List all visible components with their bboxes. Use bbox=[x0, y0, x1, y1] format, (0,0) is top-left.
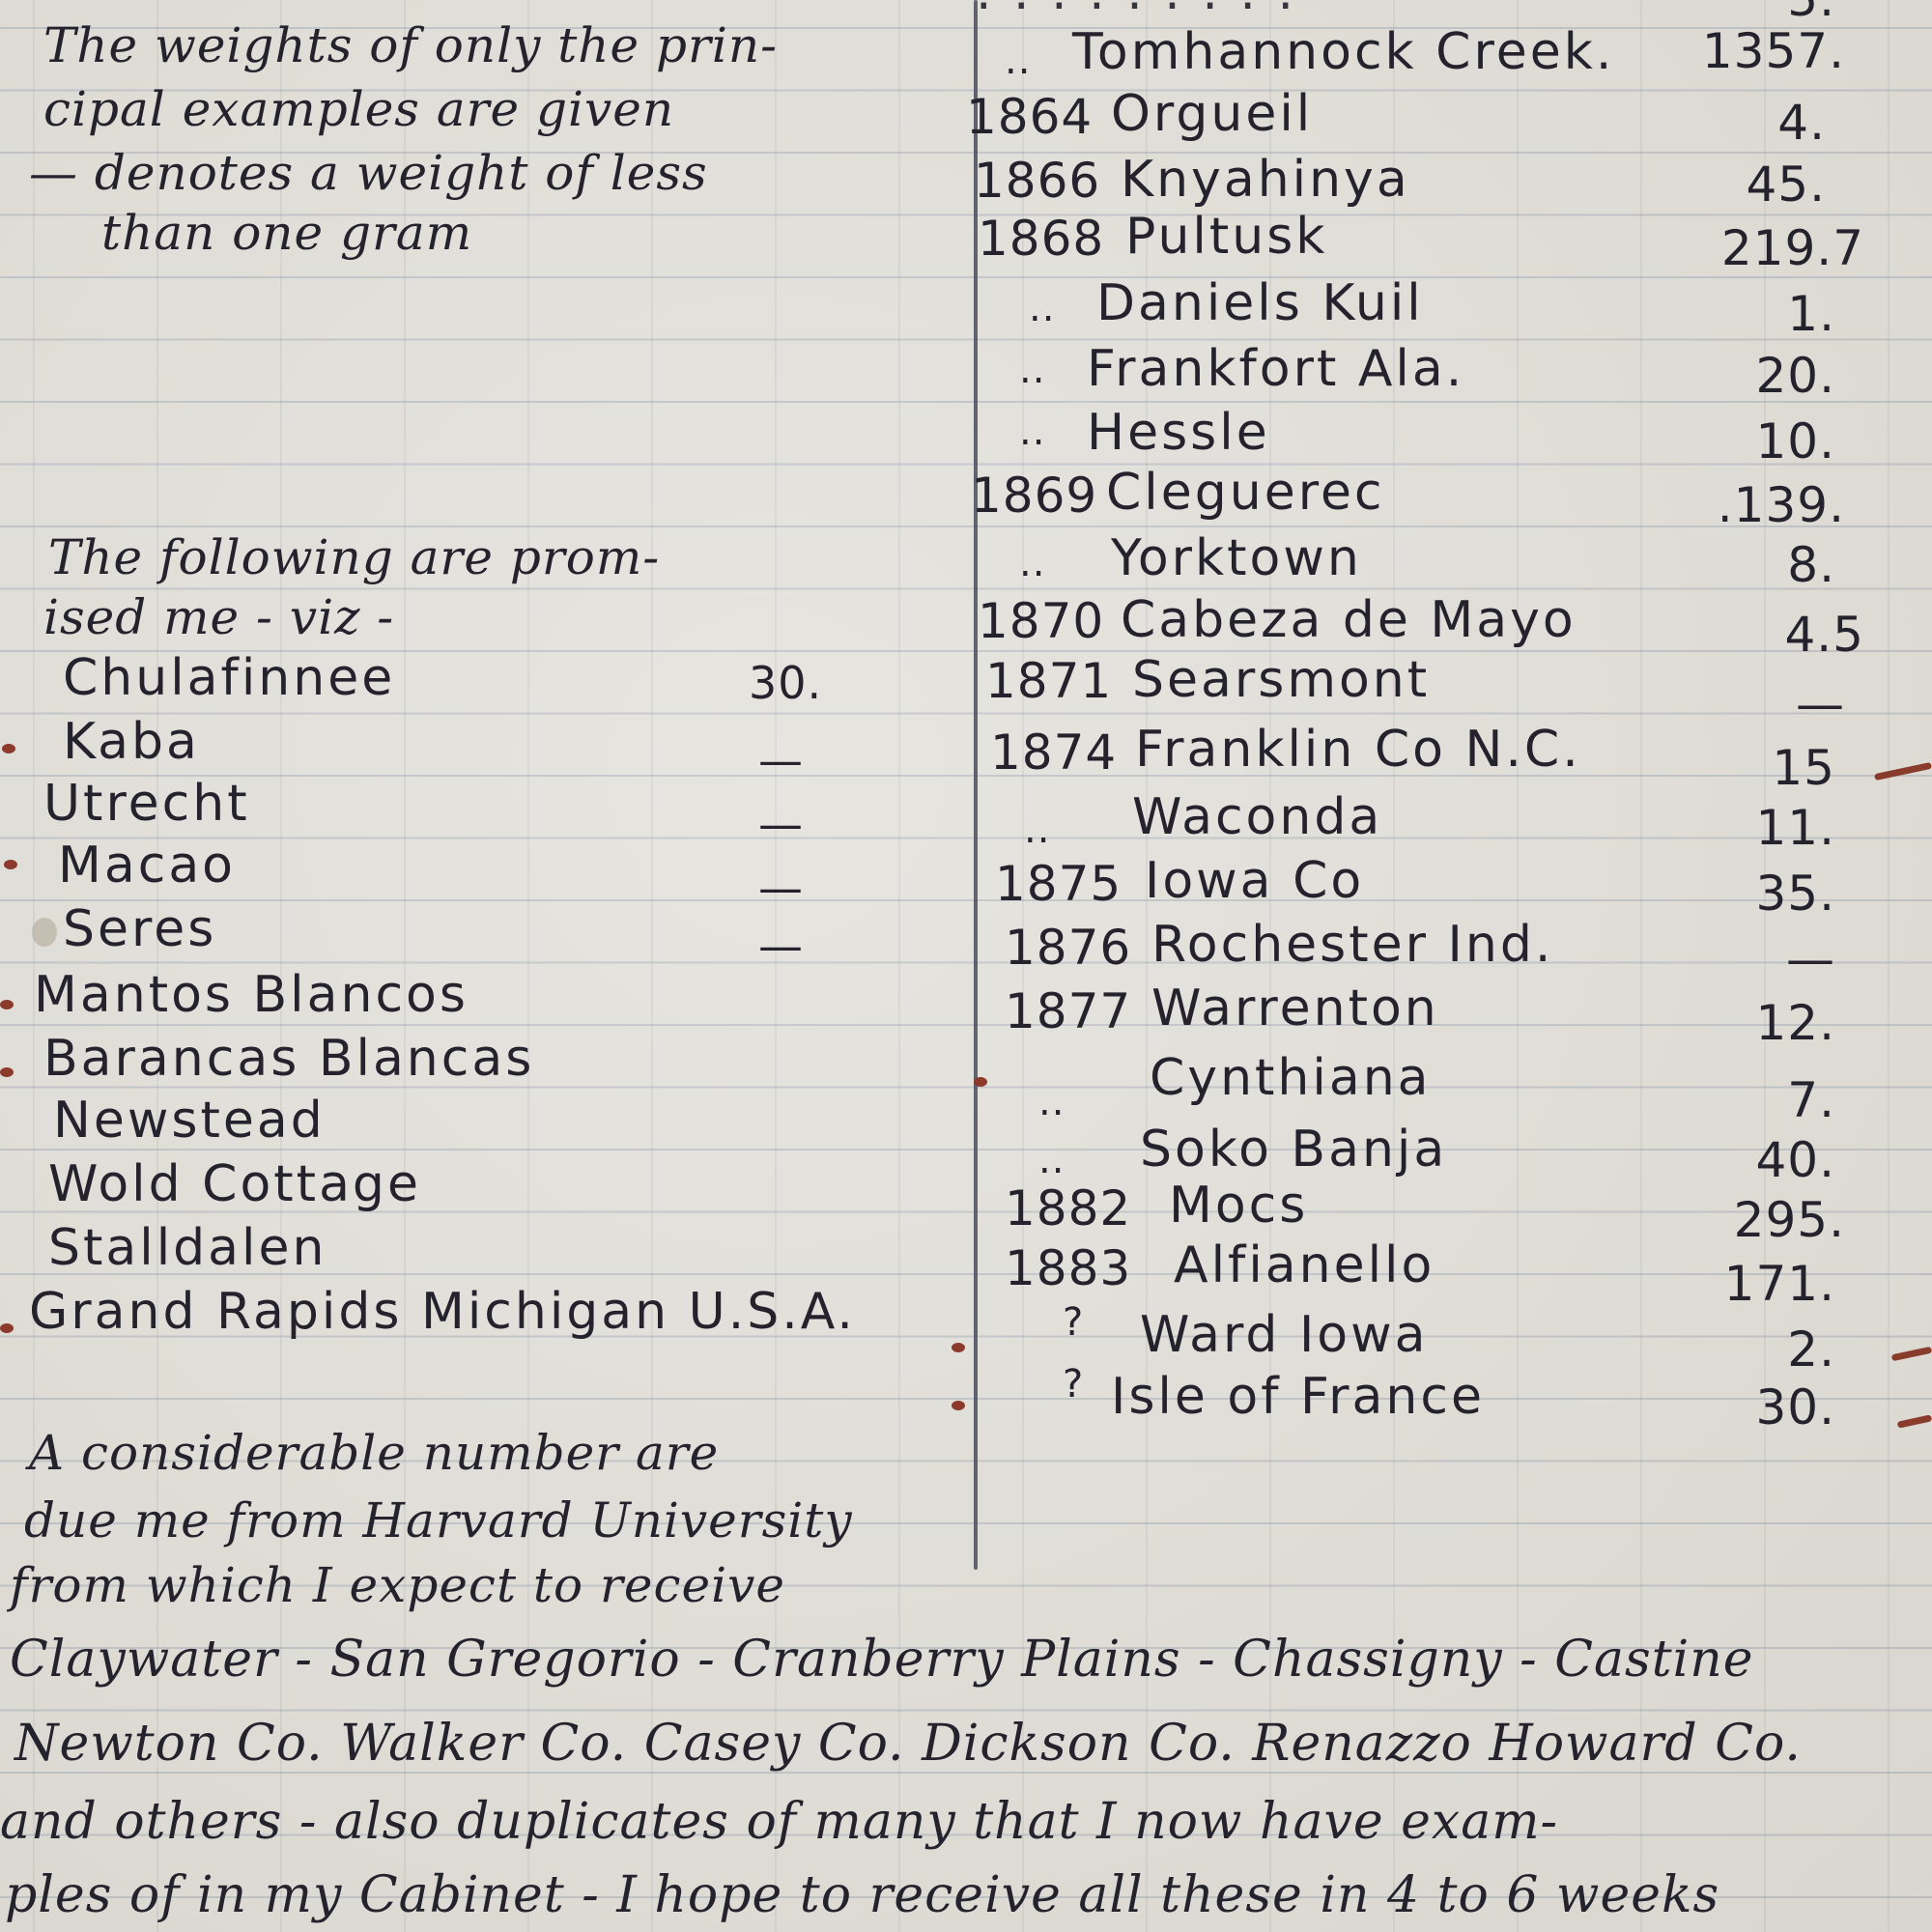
entry-weight: 15 bbox=[1642, 740, 1835, 796]
note-line: than one gram bbox=[101, 205, 472, 261]
entry-weight: 12. bbox=[1642, 995, 1835, 1051]
entry-name: Ward Iowa bbox=[1140, 1306, 1429, 1364]
entry-year: 1876 bbox=[1005, 920, 1131, 976]
entry-year: 1875 bbox=[995, 856, 1122, 912]
promised-item-name: Stalldalen bbox=[48, 1219, 327, 1277]
entry-name: Pultusk bbox=[1125, 208, 1327, 266]
entry-name: Cabeza de Mayo bbox=[1121, 591, 1577, 649]
promised-item-weight: — bbox=[758, 798, 804, 850]
entry-weight: 8. bbox=[1642, 537, 1835, 593]
entry-year: 1874 bbox=[990, 724, 1117, 781]
entry-name: Iowa Co bbox=[1145, 852, 1364, 910]
entry-name: Soko Banja bbox=[1140, 1121, 1447, 1179]
entry-name: Orgueil bbox=[1111, 85, 1313, 143]
note-line: A considerable number are bbox=[29, 1425, 719, 1481]
note-line: — denotes a weight of less bbox=[29, 145, 708, 201]
entry-weight: 219.7 bbox=[1671, 220, 1864, 276]
ditto-mark: .. bbox=[1019, 541, 1045, 585]
red-check-dot bbox=[2, 744, 15, 753]
entry-weight: .139. bbox=[1652, 477, 1845, 533]
promised-item-name: Grand Rapids Michigan U.S.A. bbox=[29, 1283, 856, 1341]
ditto-mark: .. bbox=[1038, 1138, 1065, 1182]
footer-line: Newton Co. Walker Co. Casey Co. Dickson … bbox=[14, 1715, 1802, 1773]
promised-item-weight: — bbox=[758, 734, 804, 786]
entry-name: Isle of France bbox=[1111, 1368, 1485, 1426]
entry-year: 1864 bbox=[966, 89, 1093, 145]
entry-name: Tomhannock Creek. bbox=[1072, 23, 1614, 81]
entry-name: Frankfort Ala. bbox=[1087, 340, 1464, 398]
entry-name: Warrenton bbox=[1151, 980, 1439, 1037]
entry-weight: — bbox=[1642, 931, 1835, 987]
entry-weight: 7. bbox=[1642, 1072, 1835, 1128]
entry-name: Mocs bbox=[1169, 1177, 1308, 1235]
entry-year: 1882 bbox=[1005, 1180, 1131, 1236]
entry-name: Daniels Kuil bbox=[1096, 274, 1424, 332]
entry-weight: 35. bbox=[1642, 866, 1835, 922]
paper-stain bbox=[32, 918, 57, 947]
entry-year: 1883 bbox=[1005, 1240, 1131, 1296]
red-check-dot bbox=[0, 1000, 14, 1009]
promised-item-name: Newstead bbox=[53, 1092, 326, 1150]
promised-item-weight: 30. bbox=[749, 657, 822, 709]
entry-weight: 1. bbox=[1642, 286, 1835, 342]
footer-line: and others - also duplicates of many tha… bbox=[0, 1793, 1558, 1851]
entry-weight: 11. bbox=[1642, 800, 1835, 856]
entry-name: Franklin Co N.C. bbox=[1135, 721, 1581, 779]
red-check-dot bbox=[974, 1077, 987, 1087]
red-check-dot bbox=[0, 1323, 14, 1333]
entry-name: Searsmont bbox=[1132, 651, 1430, 709]
ditto-mark: .. bbox=[1029, 286, 1055, 330]
footer-line: ples of in my Cabinet - I hope to receiv… bbox=[5, 1866, 1719, 1924]
entry-name: Rochester Ind. bbox=[1151, 916, 1553, 974]
entry-weight: 4. bbox=[1633, 95, 1826, 151]
promised-item-weight: — bbox=[758, 862, 804, 914]
entry-year: 1877 bbox=[1005, 983, 1131, 1039]
red-check-dot bbox=[4, 860, 17, 869]
red-check-dot bbox=[0, 1067, 14, 1077]
note-line: due me from Harvard University bbox=[24, 1492, 853, 1548]
entry-name: Cleguerec bbox=[1106, 464, 1385, 522]
entry-weight: 30. bbox=[1642, 1379, 1835, 1435]
entry-name: Alfianello bbox=[1174, 1236, 1435, 1294]
ditto-mark: .. bbox=[1005, 39, 1031, 83]
footer-line: Claywater - San Gregorio - Cranberry Pla… bbox=[10, 1631, 1754, 1689]
entry-name: Yorktown bbox=[1111, 529, 1362, 587]
entry-year: 1871 bbox=[985, 653, 1112, 709]
entry-weight: 20. bbox=[1642, 348, 1835, 404]
entry-weight: 1357. bbox=[1652, 23, 1845, 79]
note-line: The following are prom- bbox=[48, 529, 660, 585]
question-mark: ? bbox=[1063, 1362, 1084, 1406]
promised-item-name: Kaba bbox=[63, 713, 200, 771]
entry-weight: 4.5 bbox=[1671, 607, 1864, 663]
entry-year: 1869 bbox=[971, 468, 1097, 524]
note-line: cipal examples are given bbox=[43, 81, 674, 137]
promised-item-name: Utrecht bbox=[43, 775, 250, 833]
ditto-mark: .. bbox=[1024, 808, 1050, 852]
entry-year: 1870 bbox=[978, 593, 1104, 649]
ditto-mark: .. bbox=[1038, 1080, 1065, 1124]
cut-off-top-entry: . . . . . . . . . bbox=[976, 0, 1296, 21]
ditto-mark: .. bbox=[1019, 410, 1045, 454]
entry-weight: 10. bbox=[1642, 413, 1835, 469]
entry-weight: 295. bbox=[1652, 1192, 1845, 1248]
entry-name: Hessle bbox=[1087, 404, 1270, 462]
entry-name: Knyahinya bbox=[1121, 151, 1410, 209]
entry-weight: 171. bbox=[1642, 1256, 1835, 1312]
note-line: from which I expect to receive bbox=[10, 1557, 785, 1613]
entry-year: 1868 bbox=[978, 211, 1104, 267]
promised-item-name: Macao bbox=[58, 837, 236, 895]
entry-weight: 2. bbox=[1642, 1321, 1835, 1378]
question-mark: ? bbox=[1063, 1300, 1084, 1345]
promised-item-name: Wold Cottage bbox=[48, 1155, 421, 1213]
promised-item-name: Mantos Blancos bbox=[34, 966, 469, 1024]
entry-weight: — bbox=[1652, 676, 1845, 732]
promised-item-weight: — bbox=[758, 920, 804, 972]
entry-name: Waconda bbox=[1132, 788, 1382, 846]
entry-weight: 45. bbox=[1633, 156, 1826, 213]
note-line: ised me - viz - bbox=[43, 589, 394, 645]
ditto-mark: .. bbox=[1019, 348, 1045, 392]
promised-item-name: Seres bbox=[63, 900, 216, 958]
note-line: The weights of only the prin- bbox=[43, 17, 778, 73]
promised-item-name: Chulafinnee bbox=[63, 649, 395, 707]
red-check-dot bbox=[952, 1401, 965, 1410]
entry-year: 1866 bbox=[974, 153, 1100, 209]
red-check-dot bbox=[952, 1343, 965, 1352]
promised-item-name: Barancas Blancas bbox=[43, 1030, 534, 1088]
entry-name: Cynthiana bbox=[1150, 1049, 1432, 1107]
entry-weight: 40. bbox=[1642, 1132, 1835, 1188]
